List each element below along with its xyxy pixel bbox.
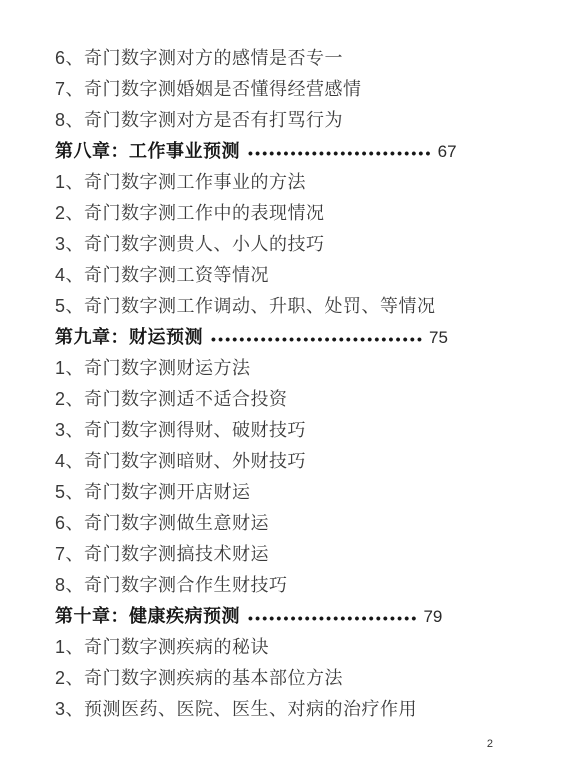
toc-entry-text: 8、奇门数字测对方是否有打骂行为 [55,110,343,130]
footer-page-number: 2 [487,738,493,750]
toc-entry: 3、奇门数字测贵人、小人的技巧 [55,229,502,260]
toc-entry: 1、奇门数字测财运方法 [55,353,502,384]
toc-entry-text: 6、奇门数字测对方的感情是否专一 [55,48,343,68]
toc-entry: 1、奇门数字测疾病的秘诀 [55,632,502,663]
toc-entry: 1、奇门数字测工作事业的方法 [55,167,502,198]
dot-leader: •••••••••••••••••••••••••• [248,146,433,160]
toc-entry-text: 5、奇门数字测开店财运 [55,482,251,502]
toc-entry: 5、奇门数字测开店财运 [55,477,502,508]
toc-entry-text: 1、奇门数字测财运方法 [55,358,251,378]
toc-entry-text: 7、奇门数字测搞技术财运 [55,544,269,564]
toc-entry: 8、奇门数字测对方是否有打骂行为 [55,105,502,136]
toc-entry: 4、奇门数字测暗财、外财技巧 [55,446,502,477]
toc-chapter-entry: 第九章：财运预测 •••••••••••••••••••••••••••••• … [55,322,502,353]
toc-entry: 6、奇门数字测做生意财运 [55,508,502,539]
toc-entry-text: 4、奇门数字测工资等情况 [55,265,269,285]
toc-entry: 8、奇门数字测合作生财技巧 [55,570,502,601]
toc-entry-text: 4、奇门数字测暗财、外财技巧 [55,451,306,471]
toc-entry-text: 3、奇门数字测得财、破财技巧 [55,420,306,440]
toc-entry: 6、奇门数字测对方的感情是否专一 [55,43,502,74]
toc-entry-text: 2、奇门数字测适不适合投资 [55,389,288,409]
toc-entry-text: 6、奇门数字测做生意财运 [55,513,269,533]
toc-entry-text: 3、预测医药、医院、医生、对病的治疗作用 [55,699,417,719]
chapter-page-number: 79 [423,601,442,632]
toc-entry: 3、奇门数字测得财、破财技巧 [55,415,502,446]
toc-entry: 7、奇门数字测搞技术财运 [55,539,502,570]
toc-entry-text: 5、奇门数字测工作调动、升职、处罚、等情况 [55,296,436,316]
chapter-title: 第八章：工作事业预测 [55,136,240,167]
dot-leader: •••••••••••••••••••••••• [248,611,418,625]
chapter-page-number: 67 [438,136,457,167]
chapter-title: 第九章：财运预测 [55,322,203,353]
toc-entry: 3、预测医药、医院、医生、对病的治疗作用 [55,694,502,725]
toc-entry: 4、奇门数字测工资等情况 [55,260,502,291]
toc-entry: 2、奇门数字测疾病的基本部位方法 [55,663,502,694]
toc-entry-text: 7、奇门数字测婚姻是否懂得经营感情 [55,79,362,99]
toc-chapter-entry: 第八章：工作事业预测 •••••••••••••••••••••••••• 67 [55,136,502,167]
toc-chapter-entry: 第十章：健康疾病预测 •••••••••••••••••••••••• 79 [55,601,502,632]
toc-entry-text: 2、奇门数字测工作中的表现情况 [55,203,325,223]
toc-entry: 7、奇门数字测婚姻是否懂得经营感情 [55,74,502,105]
toc-entry-text: 1、奇门数字测疾病的秘诀 [55,637,269,657]
chapter-page-number: 75 [429,322,448,353]
toc-entry: 2、奇门数字测适不适合投资 [55,384,502,415]
toc-entry-text: 2、奇门数字测疾病的基本部位方法 [55,668,343,688]
toc-entry: 5、奇门数字测工作调动、升职、处罚、等情况 [55,291,502,322]
toc-entry: 2、奇门数字测工作中的表现情况 [55,198,502,229]
table-of-contents: 6、奇门数字测对方的感情是否专一 7、奇门数字测婚姻是否懂得经营感情 8、奇门数… [55,43,502,725]
toc-entry-text: 8、奇门数字测合作生财技巧 [55,575,288,595]
dot-leader: •••••••••••••••••••••••••••••• [211,332,424,346]
toc-entry-text: 1、奇门数字测工作事业的方法 [55,172,306,192]
chapter-title: 第十章：健康疾病预测 [55,601,240,632]
document-page: 6、奇门数字测对方的感情是否专一 7、奇门数字测婚姻是否懂得经营感情 8、奇门数… [0,0,562,776]
toc-entry-text: 3、奇门数字测贵人、小人的技巧 [55,234,325,254]
